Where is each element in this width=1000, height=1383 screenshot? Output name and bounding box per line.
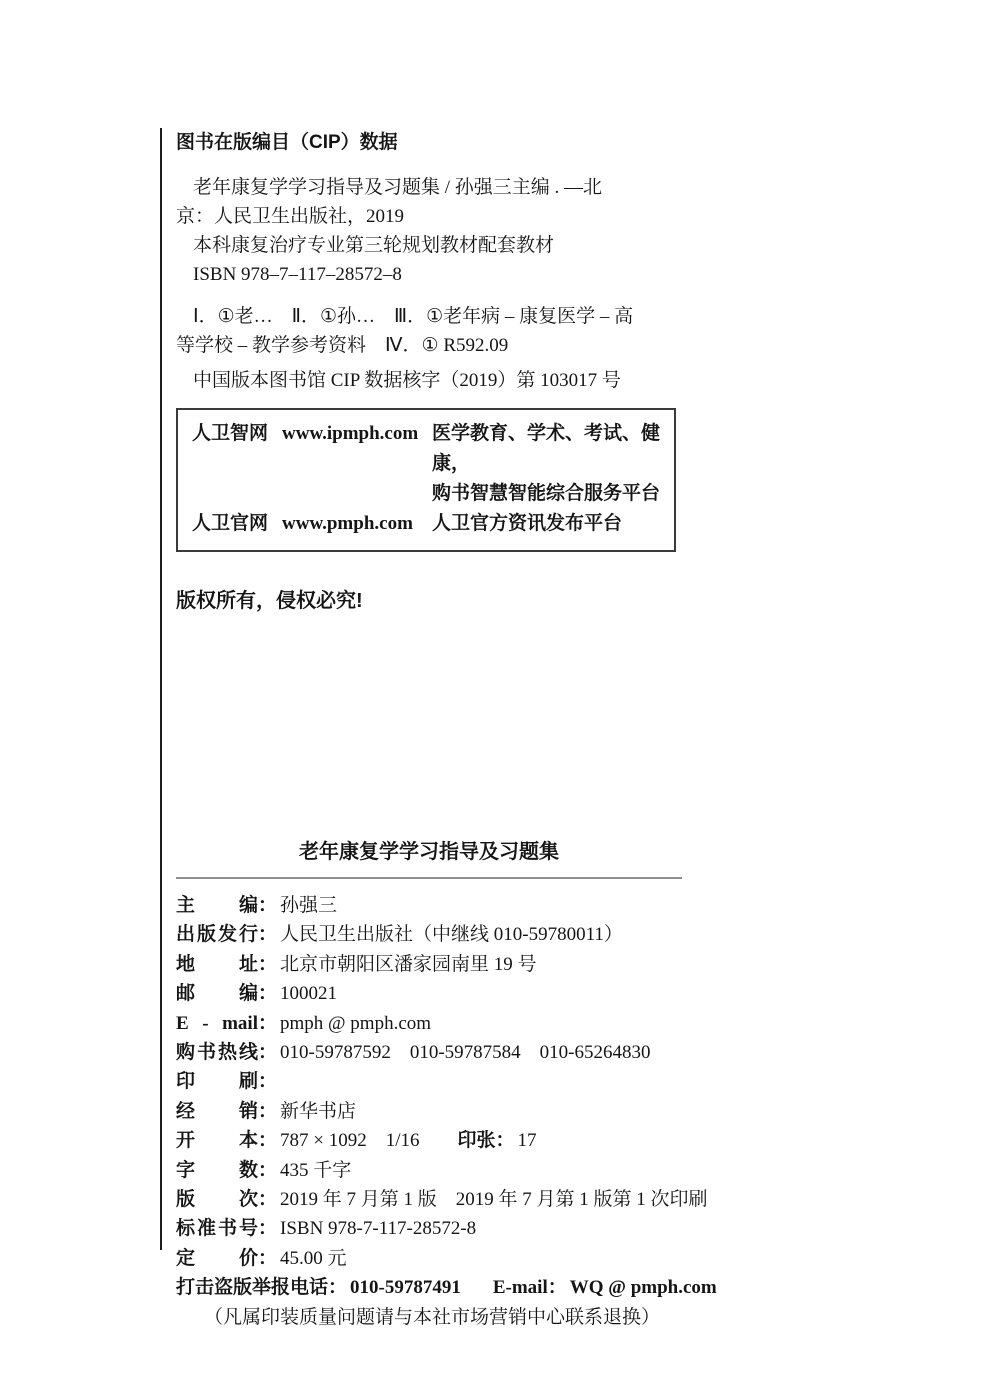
ipmph-site-desc-line2: 购书智慧智能综合服务平台: [432, 479, 670, 509]
ipmph-site-desc-line1: 医学教育、学术、考试、健康，: [432, 419, 670, 479]
row-label: 定价: [176, 1244, 258, 1273]
piracy-label-colon: ：: [328, 1273, 347, 1302]
row-value: 45.00 元: [280, 1244, 347, 1273]
row-label: 主编: [176, 891, 258, 920]
row-sub-value: 17: [518, 1126, 537, 1155]
cip-description: 老年康复学学习指导及习题集 / 孙强三主编 . —北京：人民卫生出版社，2019…: [176, 173, 682, 360]
publisher-service-box: 人卫智网 www.ipmph.com 医学教育、学术、考试、健康， 购书智慧智能…: [176, 408, 676, 552]
publication-info-list: 主编：孙强三 出版发行：人民卫生出版社（中继线 010-59780011） 地址…: [176, 891, 682, 1273]
publication-row: 版次：2019 年 7 月第 1 版 2019 年 7 月第 1 版第 1 次印…: [176, 1185, 682, 1214]
row-value: 孙强三: [280, 891, 337, 920]
publication-row: 定价：45.00 元: [176, 1244, 682, 1273]
row-colon: ：: [258, 1038, 277, 1067]
row-colon: ：: [258, 1067, 277, 1096]
row-colon: ：: [258, 1185, 277, 1214]
ipmph-site-url: www.ipmph.com: [282, 419, 432, 479]
row-value: 100021: [280, 979, 337, 1008]
row-label: 购书热线: [176, 1038, 258, 1067]
publication-row: 印刷：: [176, 1067, 682, 1096]
pmph-site-label: 人卫官网: [192, 509, 282, 539]
row-value: 435 千字: [280, 1156, 351, 1185]
row-colon: ：: [258, 1214, 277, 1243]
row-value: pmph @ pmph.com: [280, 1009, 431, 1038]
publication-row: 地址：北京市朝阳区潘家园南里 19 号: [176, 950, 682, 979]
row-colon: ：: [258, 1009, 277, 1038]
cip-line: ISBN 978–7–117–28572–8: [176, 260, 682, 289]
service-box-grid: 人卫智网 www.ipmph.com 医学教育、学术、考试、健康， 购书智慧智能…: [192, 419, 670, 539]
row-colon: ：: [258, 891, 277, 920]
cip-block: 图书在版编目（CIP）数据 老年康复学学习指导及习题集 / 孙强三主编 . —北…: [176, 130, 682, 395]
page-content: 图书在版编目（CIP）数据 老年康复学学习指导及习题集 / 孙强三主编 . —北…: [176, 130, 682, 1332]
cip-line: 等学校 – 教学参考资料 Ⅳ．① R592.09: [176, 331, 682, 360]
row-value: 787 × 1092 1/16: [280, 1126, 420, 1155]
publication-row: 标准书号：ISBN 978-7-117-28572-8: [176, 1214, 682, 1243]
piracy-report-label: 打击盗版举报电话: [176, 1273, 328, 1302]
publication-row: 字数：435 千字: [176, 1156, 682, 1185]
publication-row: E - mail：pmph @ pmph.com: [176, 1009, 682, 1038]
cip-line: Ⅰ．①老… Ⅱ．①孙… Ⅲ．①老年病 – 康复医学 – 高: [176, 302, 682, 331]
row-colon: ：: [258, 979, 277, 1008]
pmph-site-url: www.pmph.com: [282, 509, 432, 539]
publication-row: 经销：新华书店: [176, 1097, 682, 1126]
left-vertical-rule: [160, 128, 162, 1250]
row-label: 标准书号: [176, 1214, 258, 1243]
print-quality-note: （凡属印装质量问题请与本社市场营销中心联系退换）: [204, 1303, 682, 1332]
row-colon: ：: [258, 1244, 277, 1273]
publication-row: 购书热线：010-59787592 010-59787584 010-65264…: [176, 1038, 682, 1067]
row-value: 2019 年 7 月第 1 版 2019 年 7 月第 1 版第 1 次印刷: [280, 1185, 708, 1214]
publication-row: 出版发行：人民卫生出版社（中继线 010-59780011）: [176, 920, 682, 949]
title-divider: [176, 877, 682, 879]
pmph-site-desc: 人卫官方资讯发布平台: [432, 509, 670, 539]
row-colon: ：: [258, 1126, 277, 1155]
publication-row: 邮编：100021: [176, 979, 682, 1008]
row-label: 印刷: [176, 1067, 258, 1096]
book-title: 老年康复学学习指导及习题集: [176, 838, 682, 866]
copyright-notice: 版权所有，侵权必究!: [176, 588, 682, 614]
cip-line: 京：人民卫生出版社，2019: [176, 202, 682, 231]
row-value: 人民卫生出版社（中继线 010-59780011）: [280, 920, 623, 949]
row-label: 出版发行: [176, 920, 258, 949]
piracy-email-colon: ：: [548, 1273, 567, 1302]
row-label: 地址: [176, 950, 258, 979]
publication-row: 主编：孙强三: [176, 891, 682, 920]
spacer-cell: [282, 479, 432, 509]
row-sub-label: 印张: [458, 1126, 496, 1155]
row-label: 版次: [176, 1185, 258, 1214]
ipmph-site-label: 人卫智网: [192, 419, 282, 479]
row-colon: ：: [258, 1097, 277, 1126]
row-sub-colon: ：: [496, 1126, 515, 1155]
cip-line: 本科康复治疗专业第三轮规划教材配套教材: [176, 231, 682, 260]
row-label: 字数: [176, 1156, 258, 1185]
row-label: E - mail: [176, 1009, 258, 1038]
piracy-report-phone: 010-59787491: [350, 1273, 461, 1302]
title-block: 老年康复学学习指导及习题集: [176, 838, 682, 879]
cip-registration: 中国版本图书馆 CIP 数据核字（2019）第 103017 号: [176, 366, 682, 395]
piracy-report-email: WQ @ pmph.com: [570, 1273, 717, 1302]
cip-heading: 图书在版编目（CIP）数据: [176, 130, 682, 156]
row-label: 经销: [176, 1097, 258, 1126]
row-value: 新华书店: [280, 1097, 356, 1126]
spacer-cell: [192, 479, 282, 509]
piracy-email-label: E-mail: [493, 1273, 548, 1302]
row-colon: ：: [258, 920, 277, 949]
row-value: 北京市朝阳区潘家园南里 19 号: [280, 950, 537, 979]
publication-row: 开本：787 × 1092 1/16 印张：17: [176, 1126, 682, 1155]
piracy-report-row: 打击盗版举报电话：010-59787491 E-mail：WQ @ pmph.c…: [176, 1273, 682, 1302]
row-value: 010-59787592 010-59787584 010-65264830: [280, 1038, 650, 1067]
cip-line: 老年康复学学习指导及习题集 / 孙强三主编 . —北: [176, 173, 682, 202]
row-colon: ：: [258, 1156, 277, 1185]
row-label: 邮编: [176, 979, 258, 1008]
row-label: 开本: [176, 1126, 258, 1155]
row-colon: ：: [258, 950, 277, 979]
row-value: ISBN 978-7-117-28572-8: [280, 1214, 476, 1243]
